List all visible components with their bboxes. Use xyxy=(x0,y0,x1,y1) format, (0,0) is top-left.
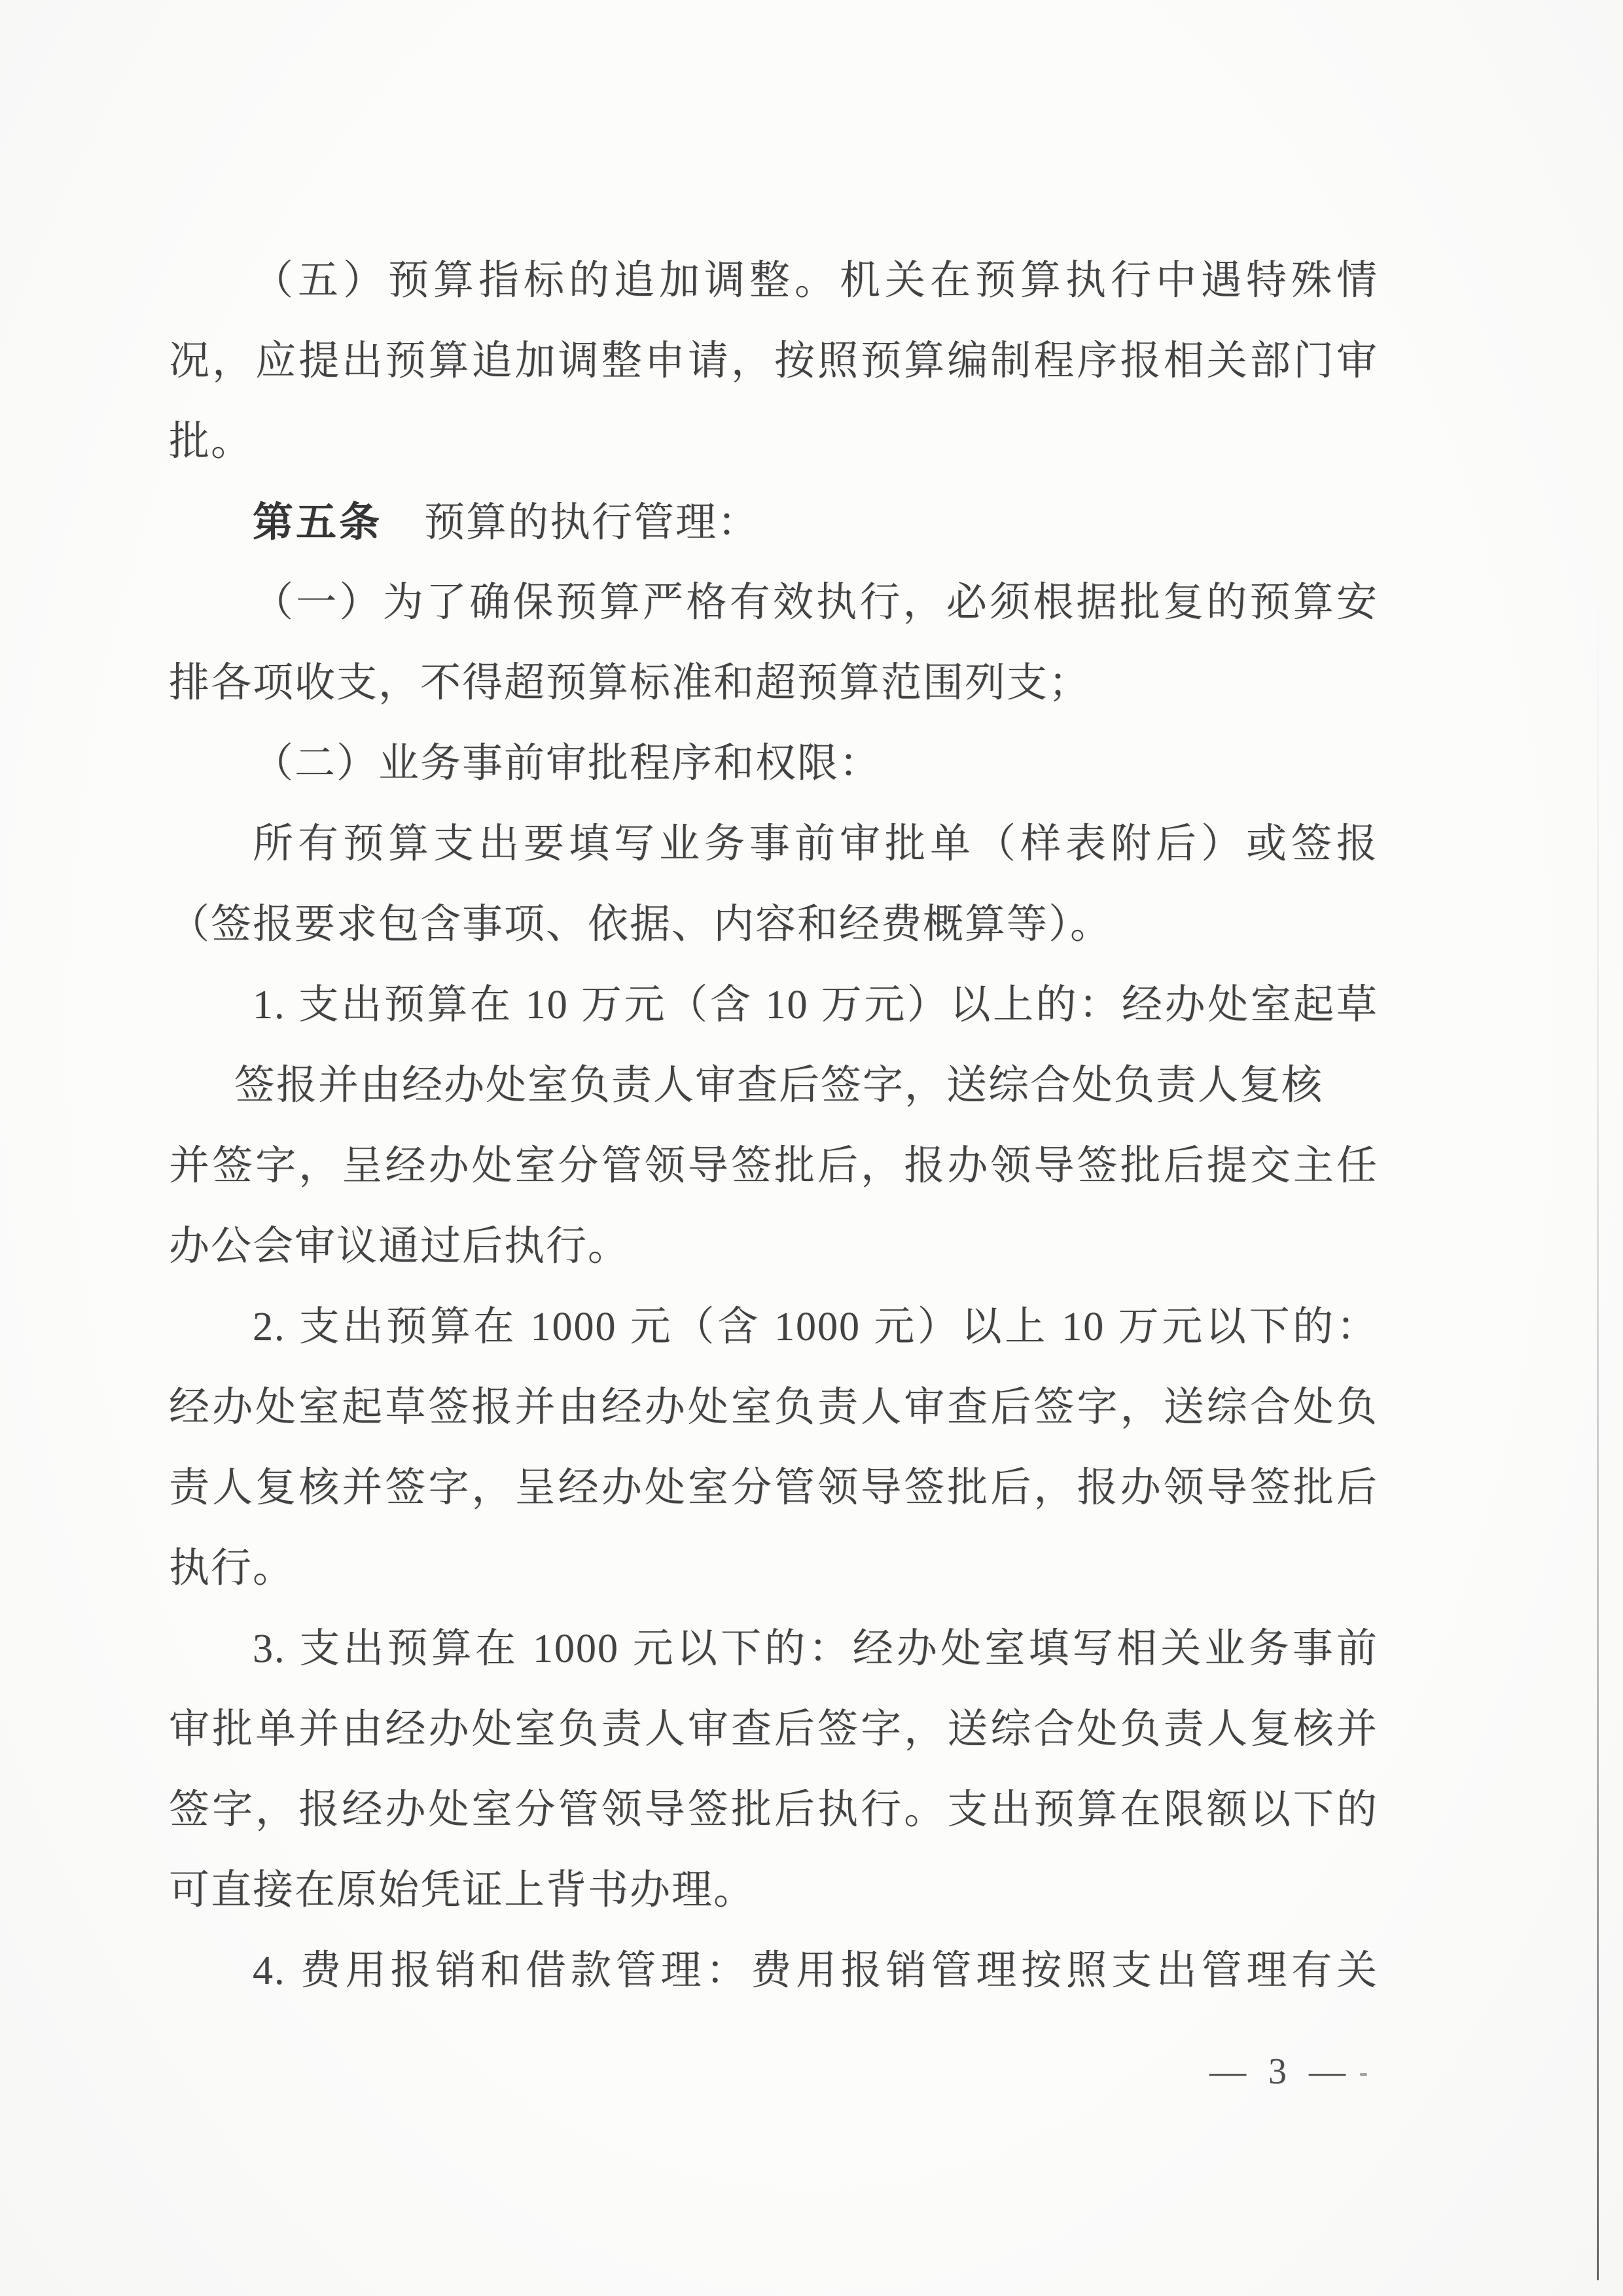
scan-artifact-speck xyxy=(1360,2073,1367,2076)
article-title: 预算的执行管理： xyxy=(382,501,759,545)
text-line: 1. 支出预算在 10 万元（含 10 万元）以上的：经办处室起草 xyxy=(169,965,1378,1046)
text-line: 签报并由经办处室负责人审查后签字，送综合处负责人复核 xyxy=(169,1046,1378,1126)
document-page: （五）预算指标的追加调整。机关在预算执行中遇特殊情况，应提出预算追加调整申请，按… xyxy=(0,0,1623,2296)
text-line: 排各项收支，不得超预算标准和超预算范围列支； xyxy=(169,643,1378,724)
text-line: 况，应提出预算追加调整申请，按照预算编制程序报相关部门审 xyxy=(169,321,1378,402)
text-line: 所有预算支出要填写业务事前审批单（样表附后）或签报 xyxy=(169,804,1378,885)
text-line: 经办处室起草签报并由经办处室负责人审查后签字，送综合处负 xyxy=(169,1368,1378,1448)
text-line: 审批单并由经办处室负责人审查后签字，送综合处负责人复核并 xyxy=(169,1689,1378,1770)
text-line: 3. 支出预算在 1000 元以下的：经办处室填写相关业务事前 xyxy=(169,1609,1378,1689)
text-line: 责人复核并签字，呈经办处室分管领导签批后，报办领导签批后 xyxy=(169,1448,1378,1528)
text-line: 4. 费用报销和借款管理：费用报销管理按照支出管理有关 xyxy=(169,1931,1378,2011)
document-body: （五）预算指标的追加调整。机关在预算执行中遇特殊情况，应提出预算追加调整申请，按… xyxy=(169,241,1378,2011)
text-line: 办公会审议通过后执行。 xyxy=(169,1207,1378,1287)
text-line: 执行。 xyxy=(169,1528,1378,1609)
text-line: 2. 支出预算在 1000 元（含 1000 元）以上 10 万元以下的： xyxy=(169,1287,1378,1368)
page-number: — 3 — xyxy=(1209,2052,1352,2091)
scan-artifact-line xyxy=(1597,563,1599,2280)
text-line: 第五条 预算的执行管理： xyxy=(169,482,1378,563)
text-line: （五）预算指标的追加调整。机关在预算执行中遇特殊情 xyxy=(169,241,1378,321)
text-line: 可直接在原始凭证上背书办理。 xyxy=(169,1850,1378,1931)
text-line: （签报要求包含事项、依据、内容和经费概算等）。 xyxy=(169,885,1378,965)
text-line: （二）业务事前审批程序和权限： xyxy=(169,724,1378,804)
text-line: 批。 xyxy=(169,402,1378,482)
article-number: 第五条 xyxy=(253,500,382,545)
text-line: （一）为了确保预算严格有效执行，必须根据批复的预算安 xyxy=(169,563,1378,643)
text-line: 并签字，呈经办处室分管领导签批后，报办领导签批后提交主任 xyxy=(169,1126,1378,1207)
text-line: 签字，报经办处室分管领导签批后执行。支出预算在限额以下的 xyxy=(169,1770,1378,1850)
